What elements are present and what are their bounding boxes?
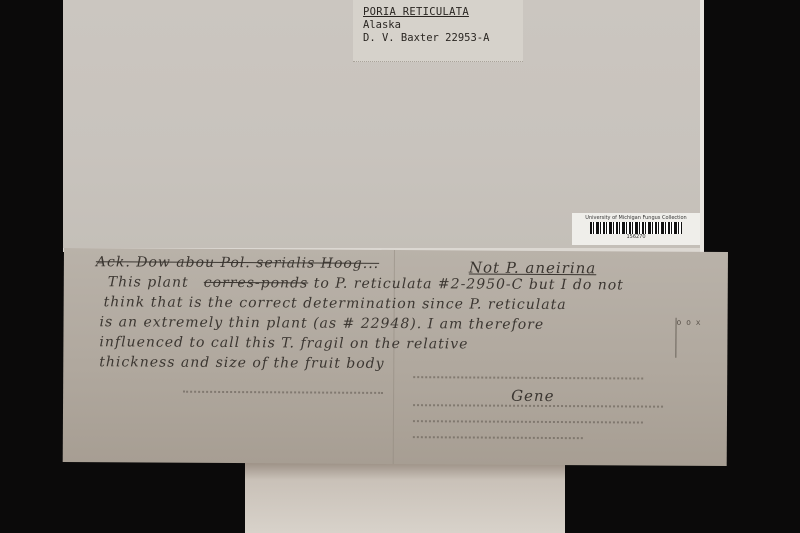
barcode-number: 156270 — [572, 234, 700, 240]
margin-marks: o o x — [675, 318, 726, 358]
specimen-typed-label: PORIA RETICULATA Alaska D. V. Baxter 229… — [353, 0, 523, 62]
struck-header-line: Ack. Dow abou Pol. serialis Hoog... — [96, 254, 379, 272]
handwritten-annotation-card: Ack. Dow abou Pol. serialis Hoog... Not … — [63, 248, 728, 466]
note-line-4: is an extremely thin plant (as # 22948).… — [99, 314, 544, 333]
collector-number: D. V. Baxter 22953-A — [363, 32, 489, 44]
barcode-label: University of Michigan Fungus Collection… — [572, 213, 700, 245]
typed-dotted-line — [413, 436, 583, 439]
locality: Alaska — [363, 19, 401, 31]
note-line-2-struck: corres-ponds — [204, 275, 309, 292]
lower-card — [245, 462, 565, 533]
note-line-3: think that is the correct determination … — [104, 294, 567, 313]
typed-dotted-line — [413, 376, 643, 379]
not-determination-header: Not P. aneirina — [469, 258, 596, 277]
note-line-6: thickness and size of the fruit body — [99, 354, 384, 372]
barcode-icon — [590, 222, 682, 234]
typed-dotted-line — [413, 420, 643, 423]
species-name: PORIA RETICULATA — [363, 6, 469, 18]
note-line-2-start: This plant — [108, 274, 189, 290]
note-line-2-end: to P. reticulata #2-2950-C but I do not — [314, 276, 624, 294]
signature: Gene — [511, 387, 555, 405]
typed-dotted-line — [183, 391, 383, 394]
note-line-5: influenced to call this T. fragil on the… — [99, 334, 468, 352]
institution-name: University of Michigan Fungus Collection — [572, 213, 700, 221]
